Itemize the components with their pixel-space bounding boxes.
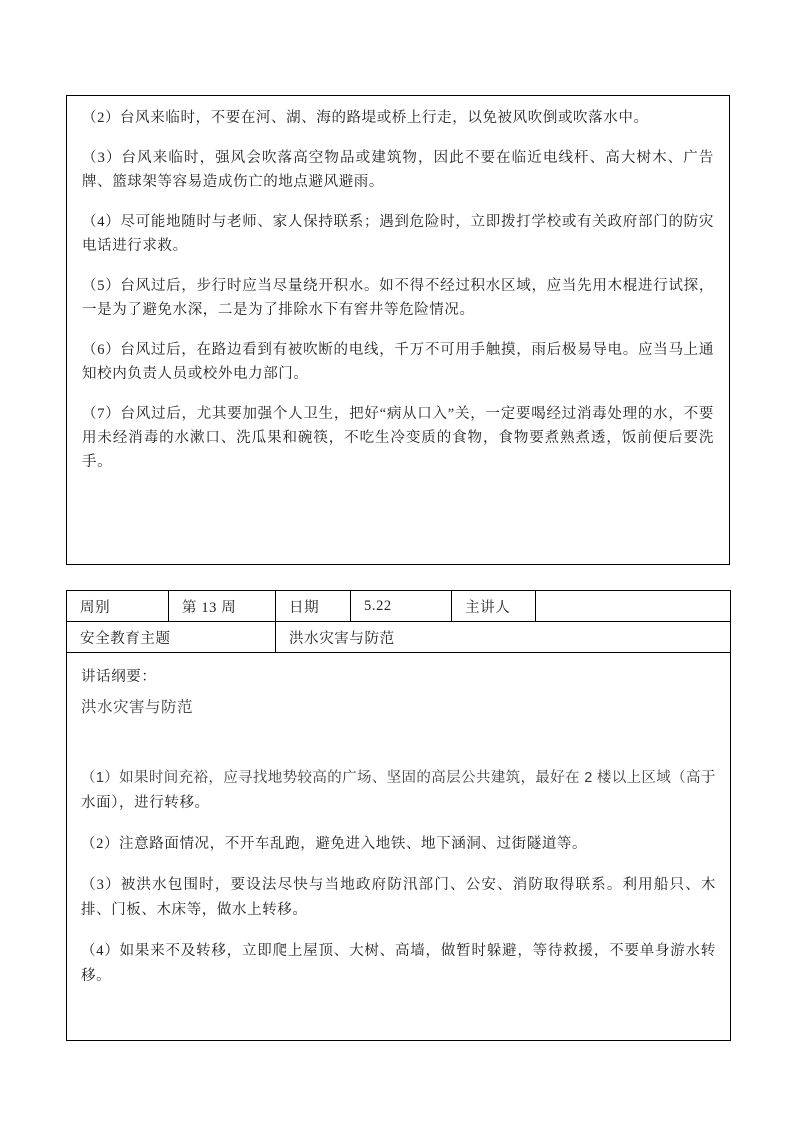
flood-item-1: （1）如果时间充裕，应寻找地势较高的广场、坚固的高层公共建筑，最好在 2 楼以上… (81, 766, 716, 816)
speaker-value-cell (536, 591, 731, 622)
date-label-cell: 日期 (276, 591, 351, 622)
flood-item-3: （3）被洪水包围时，要设法尽快与当地政府防汛部门、公安、消防取得联系。利用船只、… (81, 873, 716, 923)
speaker-label-cell: 主讲人 (452, 591, 536, 622)
outline-cell: 讲话纲要： 洪水灾害与防范 （1）如果时间充裕，应寻找地势较高的广场、坚固的高层… (67, 653, 731, 1041)
typhoon-note-3: （3）台风来临时，强风会吹落高空物品或建筑物，因此不要在临近电线杆、高大树木、广… (82, 146, 714, 194)
record-header-row: 周别 第 13 周 日期 5.22 主讲人 (67, 591, 731, 622)
topic-row: 安全教育主题 洪水灾害与防范 (67, 622, 731, 653)
typhoon-notes-box: （2）台风来临时，不要在河、湖、海的路堤或桥上行走，以免被风吹倒或吹落水中。 （… (66, 95, 730, 565)
record-table: 周别 第 13 周 日期 5.22 主讲人 安全教育主题 洪水灾害与防范 讲话纲… (66, 590, 731, 1041)
typhoon-note-4: （4）尽可能地随时与老师、家人保持联系；遇到危险时，立即拨打学校或有关政府部门的… (82, 210, 714, 258)
outline-row: 讲话纲要： 洪水灾害与防范 （1）如果时间充裕，应寻找地势较高的广场、坚固的高层… (67, 653, 731, 1041)
topic-label-cell: 安全教育主题 (67, 622, 276, 653)
week-label-cell: 周别 (67, 591, 169, 622)
topic-value-cell: 洪水灾害与防范 (276, 622, 731, 653)
typhoon-note-7: （7）台风过后，尤其要加强个人卫生，把好“病从口入”关，一定要喝经过消毒处理的水… (82, 402, 714, 474)
typhoon-note-6: （6）台风过后，在路边看到有被吹断的电线，千万不可用手触摸，雨后极易导电。应当马… (82, 338, 714, 386)
week-value-cell: 第 13 周 (169, 591, 276, 622)
flood-topic-heading: 洪水灾害与防范 (81, 695, 716, 720)
flood-item-1-sans-run: （1）如果时间充裕，应寻找地势较高的广场、坚固的高层公共建筑，最好在 2 楼以上… (81, 770, 701, 786)
date-value-cell: 5.22 (351, 591, 452, 622)
outline-label: 讲话纲要： (81, 665, 716, 689)
flood-item-2: （2）注意路面情况，不开车乱跑，避免进入地铁、地下涵洞、过街隧道等。 (81, 832, 716, 857)
document-page: （2）台风来临时，不要在河、湖、海的路堤或桥上行走，以免被风吹倒或吹落水中。 （… (0, 0, 793, 1122)
typhoon-note-2: （2）台风来临时，不要在河、湖、海的路堤或桥上行走，以免被风吹倒或吹落水中。 (82, 106, 714, 130)
flood-item-4: （4）如果来不及转移，立即爬上屋顶、大树、高墙，做暂时躲避，等待救援，不要单身游… (81, 939, 716, 989)
typhoon-note-5: （5）台风过后，步行时应当尽量绕开积水。如不得不经过积水区域，应当先用木棍进行试… (82, 274, 714, 322)
